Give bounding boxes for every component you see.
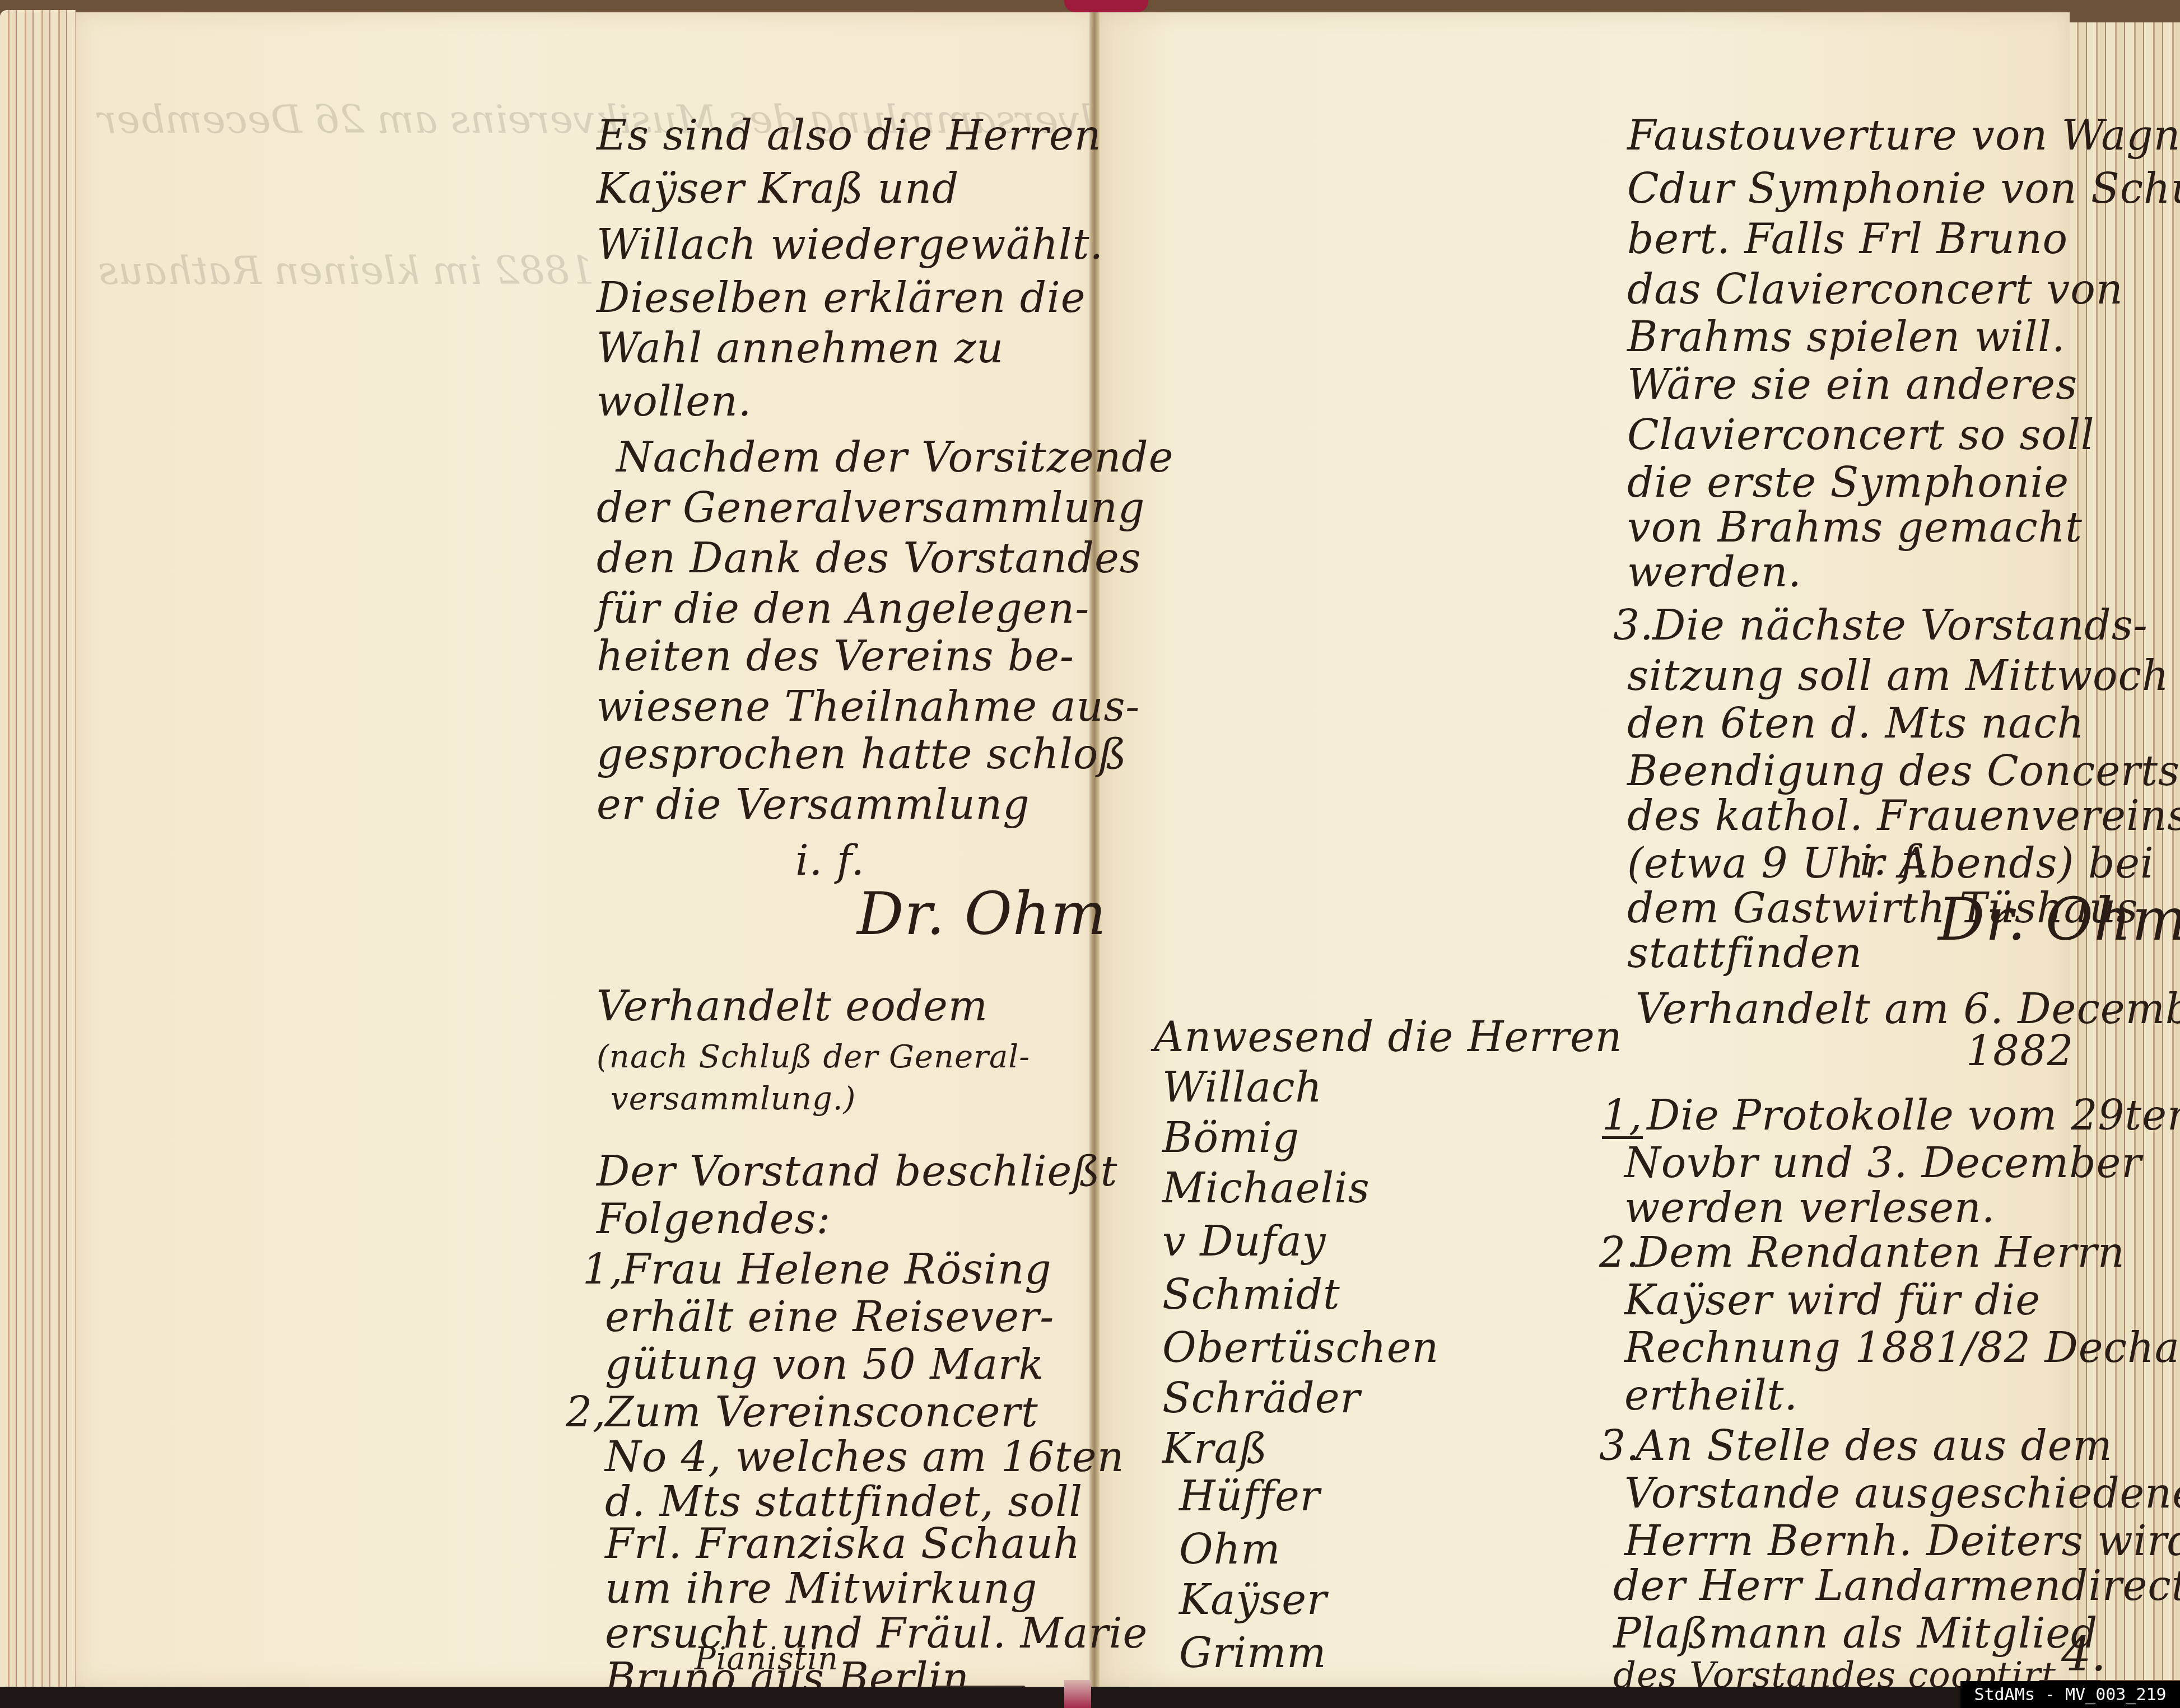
text-line: von Brahms gemacht: [1627, 507, 2083, 548]
text-line: wiesene Theilnahme aus-: [597, 686, 1140, 727]
text-line: Kaÿser wird für die: [1624, 1280, 2041, 1321]
text-line: gütung von 50 Mark: [605, 1344, 1044, 1385]
text-line: Plaßmann als Mitglied: [1613, 1613, 2098, 1654]
text-line: ertheilt.: [1624, 1375, 1798, 1416]
text-line: Dieselben erklären die: [597, 277, 1086, 319]
item-number: 3.: [1599, 1425, 1640, 1467]
text-line: die erste Symphonie: [1627, 462, 2069, 503]
page-number: 4.: [2061, 1627, 2106, 1682]
text-line: Die nächste Vorstands-: [1652, 605, 2148, 646]
attendee-name: Grimm: [1179, 1632, 1327, 1674]
text-line: werden verlesen.: [1624, 1187, 1995, 1229]
attendee-name: v Dufay: [1162, 1221, 1326, 1262]
text-line: Faustouverture von Wagner,: [1627, 115, 2180, 156]
archive-caption: StdAMs - MV_003_219: [1960, 1681, 2180, 1708]
headband-top: [1064, 0, 1148, 12]
text-line: No 4, welches am 16ten: [605, 1436, 1124, 1478]
text-line: Novbr und 3. December: [1624, 1142, 2142, 1184]
attendee-name: Hüffer: [1179, 1476, 1320, 1517]
text-line: Beendigung des Concerts: [1627, 750, 2180, 792]
text-line: werden.: [1627, 552, 1802, 593]
text-line: Frau Helene Rösing: [622, 1249, 1052, 1290]
text-line: der Generalversammlung: [597, 487, 1145, 529]
text-line: d. Mts stattfindet, soll: [605, 1481, 1083, 1523]
headband-bottom: [1064, 1680, 1091, 1708]
text-line: wollen.: [597, 381, 752, 422]
section-subheading: versammlung.): [611, 1084, 856, 1115]
text-line: Frl. Franziska Schauh: [605, 1523, 1080, 1565]
section-heading: Verhandelt am 6. December: [1636, 988, 2180, 1030]
text-line: bert. Falls Frl Bruno: [1627, 218, 2068, 260]
text-line: Wahl annehmen zu: [597, 328, 1004, 369]
page-stack-left: [0, 10, 76, 1696]
text-line: Zum Vereinsconcert: [605, 1392, 1038, 1433]
attendee-name: Schräder: [1162, 1378, 1361, 1419]
text-line: Folgendes:: [597, 1198, 831, 1240]
section-heading-year: 1882: [1966, 1030, 2074, 1072]
attendee-name: Kaÿser: [1179, 1579, 1327, 1621]
bleed-through-text: 1882 im kleinen Rathaus: [98, 248, 594, 293]
text-line: stattfinden: [1627, 932, 1862, 974]
text-line: er die Versammlung: [597, 784, 1030, 825]
text-line: Die Protokolle vom 29ten: [1647, 1095, 2180, 1136]
text-line: Brahms spielen will.: [1627, 316, 2066, 358]
attendee-name: Bömig: [1162, 1117, 1299, 1159]
text-line: Nachdem der Vorsitzende: [616, 437, 1173, 478]
open-book: Ordentliche Generalversammlung des Musik…: [0, 0, 2180, 1708]
attendee-name: Schmidt: [1162, 1274, 1340, 1315]
attendee-name: Michaelis: [1162, 1168, 1370, 1209]
text-line: heiten des Vereins be-: [597, 636, 1074, 677]
text-line: erhält eine Reisever-: [605, 1296, 1054, 1338]
text-line: den 6ten d. Mts nach: [1627, 703, 2084, 744]
section-subheading: (nach Schluß der General-: [597, 1042, 1030, 1073]
text-line: des kathol. Frauenvereins: [1627, 795, 2180, 837]
attendee-name: Willach: [1162, 1067, 1322, 1108]
text-line: Rechnung 1881/82 Decharge: [1624, 1327, 2180, 1369]
text-line: Cdur Symphonie von Schu-: [1627, 168, 2180, 209]
text-line: Clavierconcert so soll: [1627, 414, 2094, 456]
text-line: Willach wiedergewählt.: [597, 224, 1103, 265]
attendee-name: Kraß: [1162, 1428, 1268, 1469]
text-line: für die den Angelegen-: [597, 588, 1089, 629]
item-number: 1,: [583, 1249, 623, 1290]
text-line: den Dank des Vorstandes: [597, 538, 1142, 579]
text-line: Wäre sie ein anderes: [1627, 364, 2077, 405]
item-number: 2,: [566, 1392, 607, 1433]
text-line: um ihre Mitwirkung: [605, 1568, 1037, 1609]
text-line: Vorstande ausgeschiedenen: [1624, 1473, 2180, 1514]
text-line: ersucht und Fräul. Marie: [605, 1613, 1148, 1654]
text-line: das Clavierconcert von: [1627, 269, 2123, 310]
attendee-name: Ohm: [1179, 1529, 1281, 1570]
text-line: Herrn Bernh. Deiters wird: [1624, 1520, 2180, 1562]
text-line: Der Vorstand beschließt: [597, 1151, 1118, 1192]
attendance-heading: Anwesend die Herren: [1154, 1016, 1622, 1058]
text-line: An Stelle des aus dem: [1636, 1425, 2113, 1467]
signature: Dr. Ohm: [1938, 890, 2180, 949]
closing-formula: i. f.: [795, 840, 865, 881]
attendee-name: Obertüschen: [1162, 1327, 1439, 1369]
text-line: Dem Rendanten Herrn: [1636, 1232, 2125, 1273]
text-line: der Herr Landarmendirector: [1613, 1565, 2180, 1607]
item-number: 1,: [1602, 1095, 1643, 1139]
closing-formula: i. f.: [1860, 840, 1929, 881]
text-line: gesprochen hatte schloß: [597, 734, 1127, 775]
item-number: 2.: [1599, 1232, 1640, 1273]
section-heading: Verhandelt eodem: [597, 986, 988, 1027]
text-line: sitzung soll am Mittwoch: [1627, 655, 2169, 697]
signature: Dr. Ohm: [857, 885, 1107, 943]
item-number: 3.: [1613, 605, 1654, 646]
text-line: Es sind also die Herren: [597, 115, 1101, 156]
text-line: Kaÿser Kraß und: [597, 168, 959, 209]
